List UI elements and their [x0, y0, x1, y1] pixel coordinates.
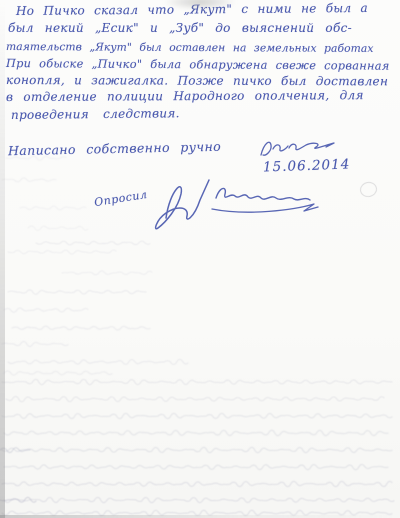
scanned-handwritten-statement: Но Пичко сказал что „Якут" с ними не был…	[0, 0, 400, 518]
interviewer-signature	[108, 176, 328, 238]
date: 15.06.2014	[263, 156, 351, 175]
statement-line: проведения следствия.	[11, 103, 398, 124]
scan-edge-shadow	[0, 0, 5, 518]
statement-body: Но Пичко сказал что „Якут" с ними не был…	[6, 3, 398, 124]
paper-mark	[359, 180, 379, 198]
attestation-note: Написано собственно ручно	[8, 139, 221, 158]
statement-line: таятельств „Якут" был оставлен на земель…	[6, 38, 398, 57]
statement-line: был некий „Есик" и „Зуб" до выяснений об…	[8, 20, 398, 37]
